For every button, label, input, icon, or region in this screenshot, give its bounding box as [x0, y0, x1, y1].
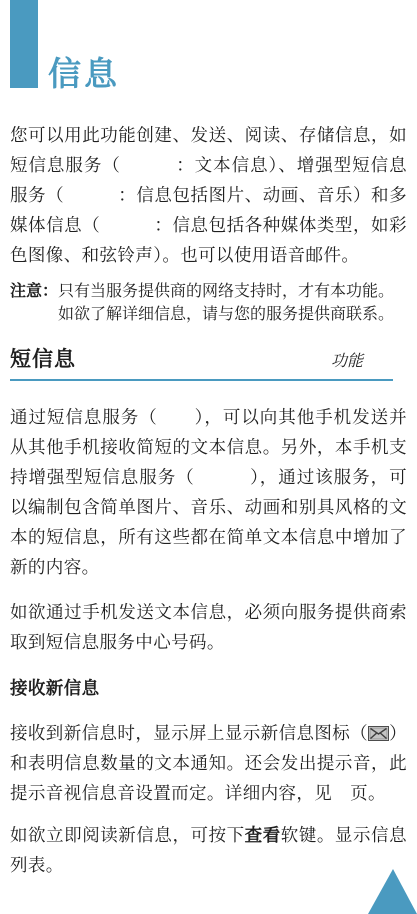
page-title: 信息: [48, 54, 407, 94]
note-label: 注意：: [10, 278, 58, 324]
sms-paragraph: 通过短信息服务（ ），可以向其他手机发送并从其他手机接收简短的文本信息。另外，本…: [10, 402, 407, 582]
smsc-paragraph: 如欲通过手机发送文本信息，必须向服务提供商索取到短信息服务中心号码。: [10, 597, 407, 657]
view-paragraph: 如欲立即阅读新信息，可按下查看软键。显示信息列表。: [10, 820, 407, 880]
note-body: 只有当服务提供商的网络支持时，才有本功能。如欲了解详细信息，请与您的服务提供商联…: [58, 278, 407, 324]
accent-bar: [10, 0, 38, 88]
view-softkey-label: 查看: [245, 825, 281, 845]
note-block: 注意： 只有当服务提供商的网络支持时，才有本功能。如欲了解详细信息，请与您的服务…: [10, 278, 407, 324]
section-corner-label: 功能: [331, 352, 393, 372]
view-text-before: 如欲立即阅读新信息，可按下: [10, 825, 245, 845]
receive-text-before: 接收到新信息时，显示屏上显示新信息图标（: [10, 723, 368, 743]
page-corner-triangle-icon: [368, 869, 417, 914]
section-heading-row: 短信息 功能: [10, 348, 393, 381]
manual-page: 信息 您可以用此功能创建、发送、阅读、存储信息，如短信息服务（ ：文本信息）、增…: [0, 0, 417, 914]
section-title: 短信息: [10, 348, 76, 372]
intro-paragraph: 您可以用此功能创建、发送、阅读、存储信息，如短信息服务（ ：文本信息）、增强型短…: [10, 120, 407, 270]
new-message-envelope-icon: [368, 726, 389, 741]
subsection-heading: 接收新信息: [10, 673, 407, 703]
receive-paragraph: 接收到新信息时，显示屏上显示新信息图标（）和表明信息数量的文本通知。还会发出提示…: [10, 718, 407, 808]
